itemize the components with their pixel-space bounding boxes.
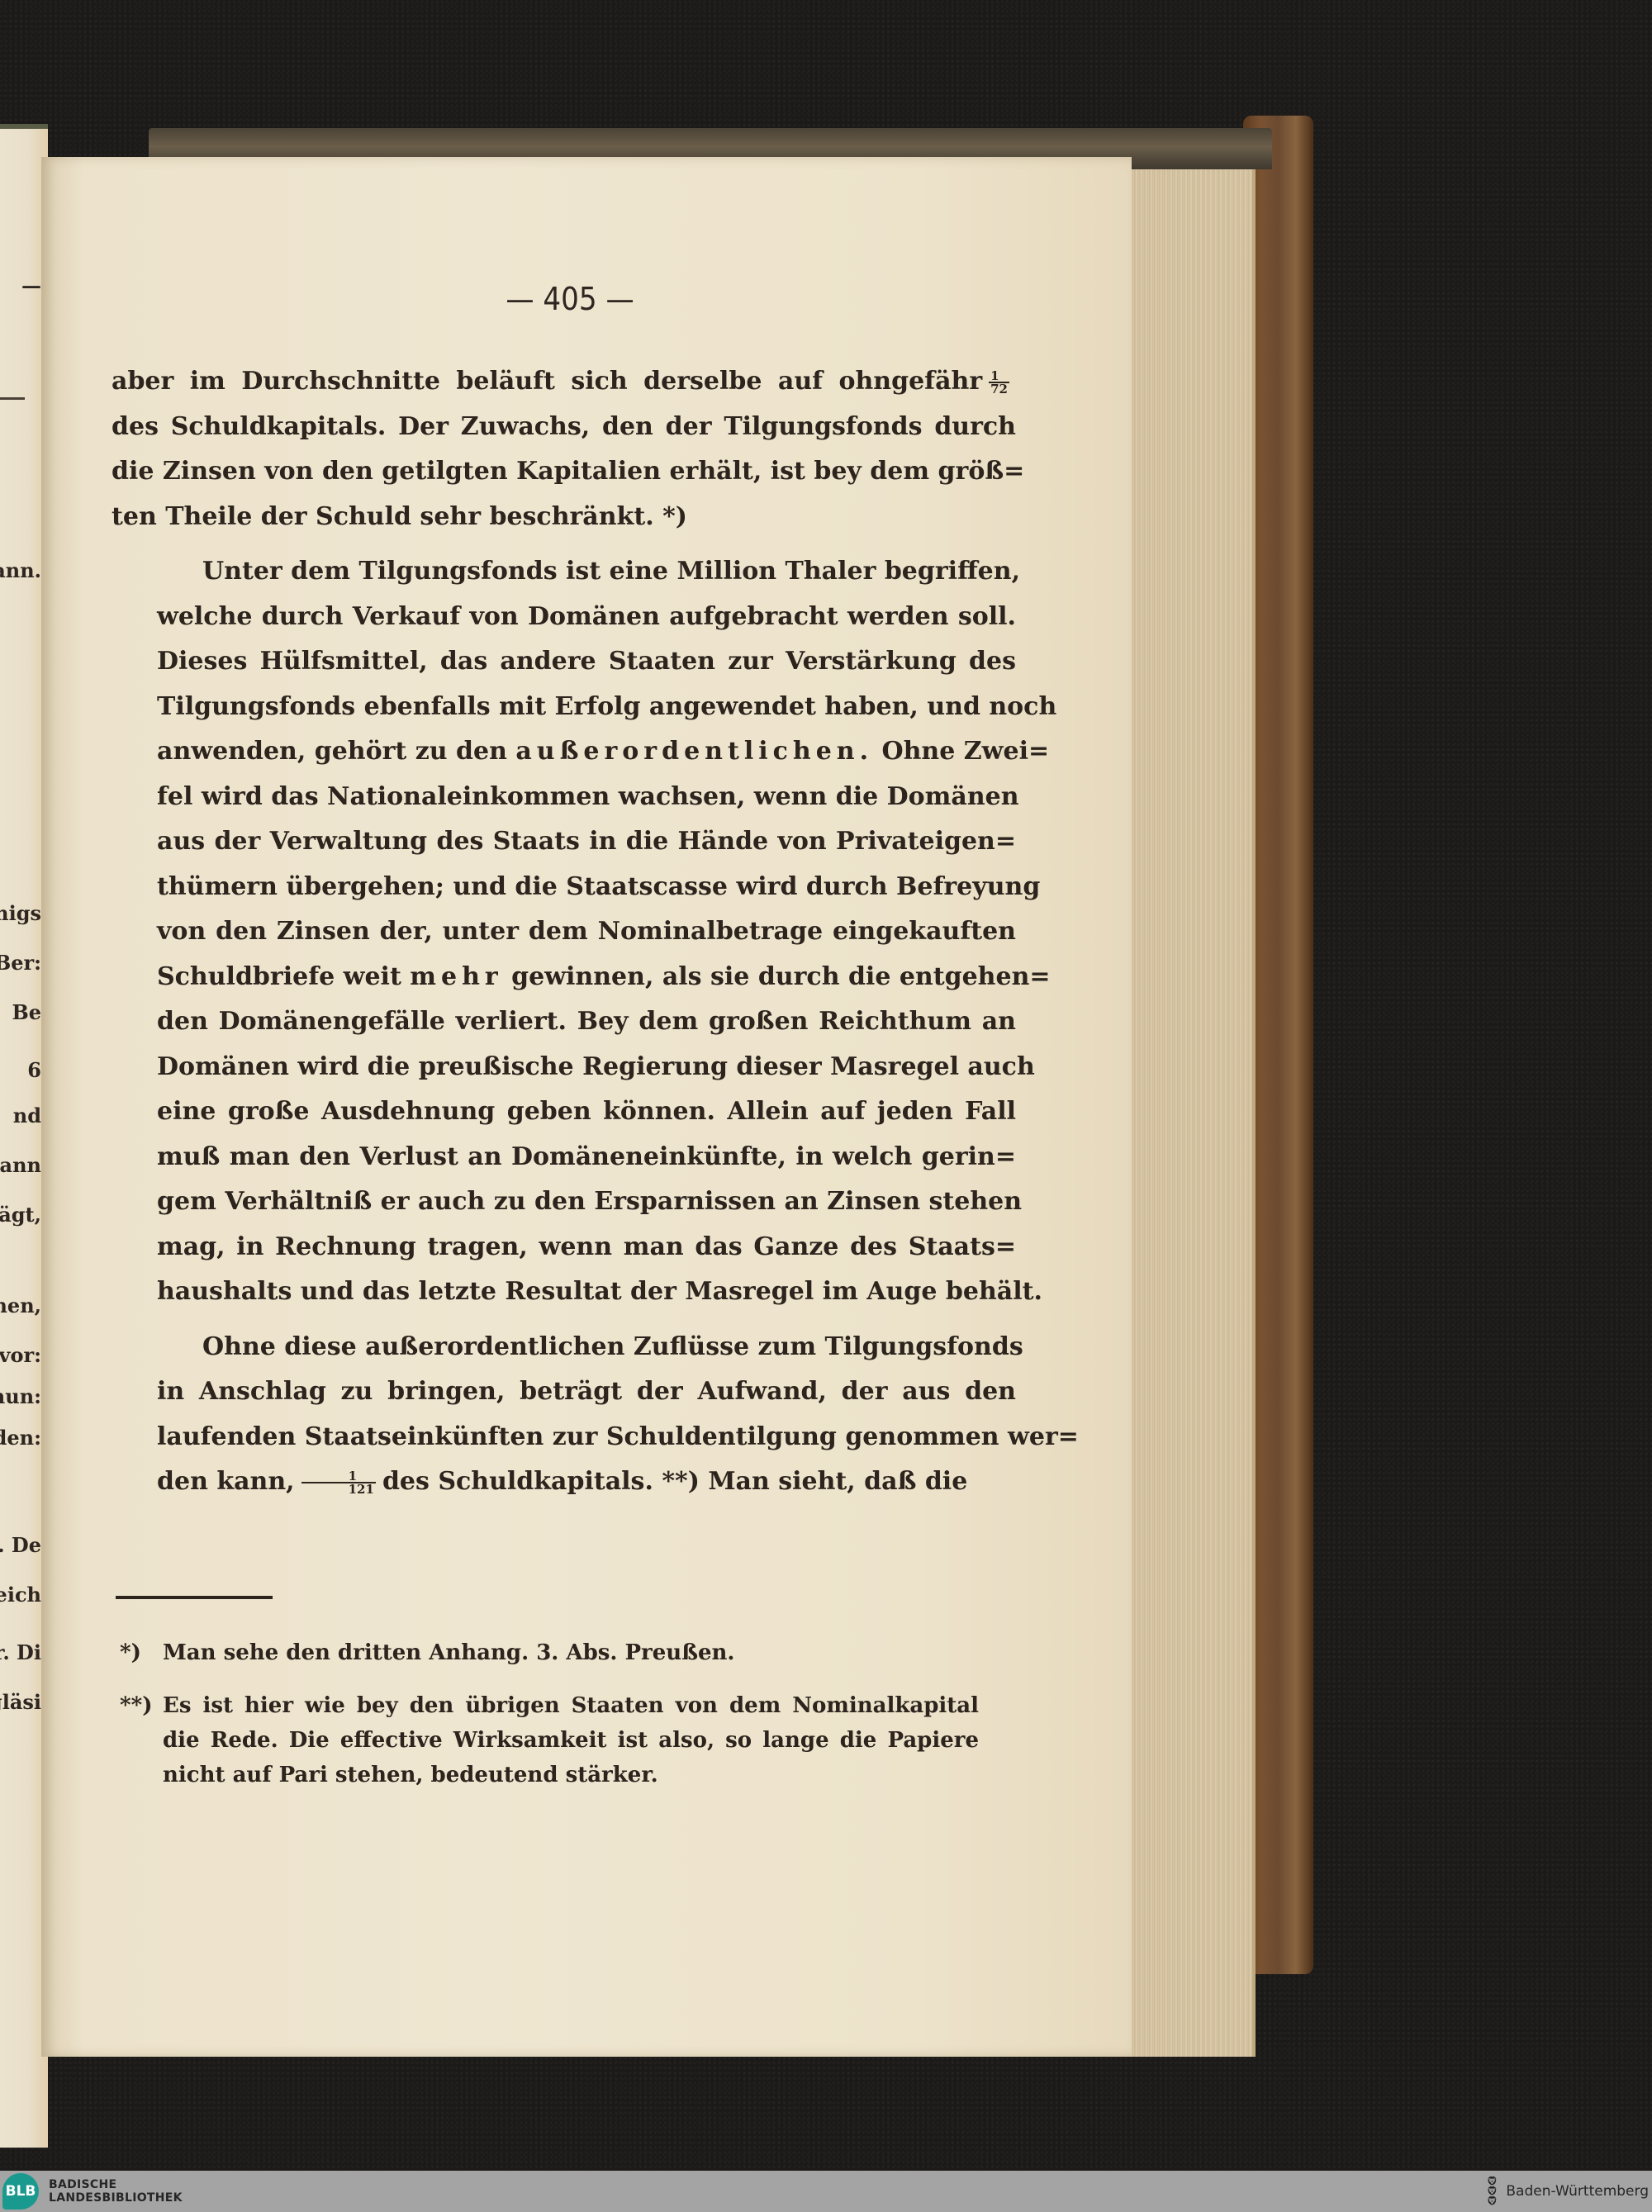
- emphasized-word: mehr: [410, 962, 502, 991]
- previous-page-fragment: mmun:: [0, 1384, 41, 1408]
- previous-page-fragment: nd: [13, 1104, 41, 1127]
- footnote-text: Es ist hier wie bey den übrigen Staaten …: [163, 1688, 979, 1792]
- text-line: muß man den Verlust an Domäneneinkünfte,…: [112, 1135, 1016, 1180]
- previous-page-dash: [0, 397, 25, 400]
- previous-page-fragment: g. De: [0, 1533, 41, 1557]
- blb-logo[interactable]: BLB BADISCHE LANDESBIBLIOTHEK: [0, 2171, 183, 2212]
- baden-wuerttemberg-logo[interactable]: 🦁︎🦁︎🦁︎ Baden-Württemberg: [1486, 2176, 1649, 2206]
- previous-page-fragment: ruhen,: [0, 1293, 41, 1317]
- baden-wuerttemberg-label: Baden-Württemberg: [1506, 2183, 1649, 2200]
- text-line: Unter dem Tilgungsfonds ist eine Million…: [112, 549, 1016, 595]
- previous-page-fragment: Ber:: [0, 951, 41, 975]
- paragraph: Unter dem Tilgungsfonds ist eine Million…: [112, 549, 1016, 1315]
- previous-page-fragment: r. Di: [0, 1640, 41, 1664]
- previous-page-fragment: verzeich: [0, 1583, 41, 1607]
- fraction-denominator: 121: [301, 1483, 376, 1495]
- text-line: aber im Durchschnitte beläuft sich derse…: [112, 359, 1016, 405]
- footer-bar: BLB BADISCHE LANDESBIBLIOTHEK 🦁︎🦁︎🦁︎ Bad…: [0, 2171, 1652, 2212]
- text-line: anwenden, gehört zu den außerordentliche…: [112, 729, 1016, 775]
- footnote-1: *) Man sehe den dritten Anhang. 3. Abs. …: [120, 1635, 979, 1670]
- book-page: — 405 — aber im Durchschnitte beläuft si…: [41, 157, 1132, 2057]
- coat-of-arms-lions-icon: 🦁︎🦁︎🦁︎: [1486, 2176, 1498, 2206]
- text-line: die Zinsen von den getilgten Kapitalien …: [112, 449, 1016, 495]
- text-line: Schuldbriefe weit mehr gewinnen, als sie…: [112, 955, 1016, 1000]
- text-line: gem Verhältniß er auch zu den Ersparniss…: [112, 1180, 1016, 1225]
- footnotes: *) Man sehe den dritten Anhang. 3. Abs. …: [120, 1635, 979, 1811]
- emphasized-word: außerordentlichen.: [515, 737, 873, 766]
- previous-page-fragment: ngläsi: [0, 1690, 41, 1714]
- text-line: Tilgungsfonds ebenfalls mit Erfolg angew…: [112, 685, 1016, 730]
- text-line: fel wird das Nationaleinkommen wachsen, …: [112, 775, 1016, 820]
- text-line: welche durch Verkauf von Domänen aufgebr…: [112, 595, 1016, 640]
- text-line: ten Theile der Schuld sehr beschränkt. *…: [112, 495, 1016, 540]
- text-line: thümern übergehen; und die Staatscasse w…: [112, 865, 1016, 910]
- blb-name-line2: LANDESBIBLIOTHEK: [49, 2191, 183, 2205]
- blb-name: BADISCHE LANDESBIBLIOTHEK: [49, 2178, 183, 2205]
- book: — 405 — aber im Durchschnitte beläuft si…: [41, 107, 1313, 2057]
- previous-page-fragment: bevor:: [0, 1343, 41, 1367]
- paragraph: Ohne diese außerordentlichen Zuflüsse zu…: [112, 1325, 1016, 1505]
- fraction: 172: [989, 370, 1009, 395]
- text-line: des Schuldkapitals. Der Zuwachs, den der…: [112, 405, 1016, 450]
- previous-page-fragment: ann.: [0, 558, 41, 582]
- blb-name-line1: BADISCHE: [49, 2178, 183, 2191]
- paragraph: aber im Durchschnitte beläuft sich derse…: [112, 359, 1016, 539]
- text-line: den kann,1121des Schuldkapitals. **) Man…: [112, 1460, 1016, 1505]
- text-line: Dieses Hülfsmittel, das andere Staaten z…: [112, 639, 1016, 685]
- footnote-text: Man sehe den dritten Anhang. 3. Abs. Pre…: [163, 1635, 979, 1670]
- page-stack-edge: [1123, 157, 1256, 2057]
- text-line: den Domänengefälle verliert. Bey dem gro…: [112, 999, 1016, 1045]
- fraction: 1121: [301, 1470, 376, 1495]
- previous-page-fragment: ann: [0, 1153, 41, 1177]
- footnote-divider: [116, 1596, 273, 1599]
- footnote-mark: **): [120, 1688, 163, 1792]
- text-line: laufenden Staatseinkünften zur Schuldent…: [112, 1415, 1016, 1460]
- previous-page-fragment: rägt,: [0, 1203, 41, 1227]
- text-line: von den Zinsen der, unter dem Nominalbet…: [112, 909, 1016, 955]
- blb-badge-icon: BLB: [2, 2173, 39, 2210]
- text-line: Ohne diese außerordentlichen Zuflüsse zu…: [112, 1325, 1016, 1370]
- previous-page-fragment: —: [21, 273, 41, 297]
- text-line: mag, in Rechnung tragen, wenn man das Ga…: [112, 1225, 1016, 1270]
- fraction-denominator: 72: [989, 383, 1009, 395]
- body-text: aber im Durchschnitte beläuft sich derse…: [112, 359, 1016, 1505]
- previous-page-fragment: königs: [0, 901, 41, 925]
- text-line: in Anschlag zu bringen, beträgt der Aufw…: [112, 1369, 1016, 1415]
- text-line: Domänen wird die preußische Regierung di…: [112, 1045, 1016, 1090]
- previous-page-fragment: Be: [12, 1000, 41, 1024]
- previous-page-fragment: chulden:: [0, 1426, 41, 1450]
- footnote-2: **) Es ist hier wie bey den übrigen Staa…: [120, 1688, 979, 1792]
- previous-page-fragment: 6: [27, 1058, 41, 1082]
- text-line: eine große Ausdehnung geben können. Alle…: [112, 1089, 1016, 1135]
- text-line: aus der Verwaltung des Staats in die Hän…: [112, 819, 1016, 865]
- footnote-mark: *): [120, 1635, 163, 1670]
- text-line: haushalts und das letzte Resultat der Ma…: [112, 1270, 1016, 1315]
- page-number: — 405 —: [438, 281, 702, 317]
